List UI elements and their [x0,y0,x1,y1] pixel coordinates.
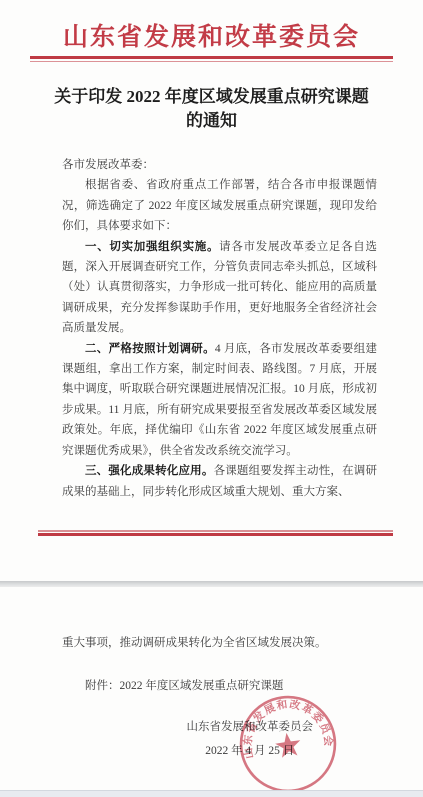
header-rule-thin-line [30,61,393,62]
body-paragraph: 三、强化成果转化应用。各课题组要发挥主动性，在调研成果的基础上，同步转化形成区域… [62,461,377,502]
header-rule-thick-line [30,56,393,59]
header-rule [30,56,393,62]
body-paragraph: 根据省委、省政府重点工作部署，结合各市申报课题情况，筛选确定了 2022 年度区… [62,175,377,236]
viewport-bottom-band [0,790,423,797]
paragraph-text: 根据省委、省政府重点工作部署，结合各市申报课题情况，筛选确定了 2022 年度区… [62,179,377,232]
paragraph-lead: 一、切实加强组织实施。 [85,241,219,253]
page-1: 山东省发展和改革委员会 关于印发 2022 年度区域发展重点研究课题 的通知 各… [0,0,423,581]
agency-header: 山东省发展和改革委员会 [0,17,423,53]
continuation-line: 重大事项，推动调研成果转化为全省区域发展决策。 [62,634,377,650]
document-title-line1: 关于印发 2022 年度区域发展重点研究课题 [0,85,423,109]
salutation: 各市发展改革委： [62,155,377,175]
document-scan: 山东省发展和改革委员会 关于印发 2022 年度区域发展重点研究课题 的通知 各… [0,0,423,797]
page-2: 重大事项，推动调研成果转化为全省区域发展决策。 附件：2022 年度区域发展重点… [0,587,423,790]
page1-footer-rule [38,530,393,536]
document-body: 各市发展改革委： 根据省委、省政府重点工作部署，结合各市申报课题情况，筛选确定了… [62,155,377,502]
footer-rule-thin-line [38,530,393,532]
footer-rule-thick-line [38,533,393,536]
official-seal: 山东省发展和改革委员会 [230,686,345,797]
document-title-line2: 的通知 [0,109,423,133]
body-paragraph: 二、严格按照计划调研。4 月底，各市发展改革委要组建课题组，拿出工作方案，制定时… [62,339,377,461]
document-title: 关于印发 2022 年度区域发展重点研究课题 的通知 [0,85,423,133]
paragraph-lead: 三、强化成果转化应用。 [85,465,214,477]
body-paragraph: 一、切实加强组织实施。请各市发展改革委立足各自选题，深入开展调查研究工作，分管负… [62,237,377,339]
paragraph-text: 4 月底，各市发展改革委要组建课题组，拿出工作方案，制定时间表、路线图。7 月底… [62,343,377,457]
attachment-line: 附件：2022 年度区域发展重点研究课题 [85,677,283,693]
paragraph-text: 请各市发展改革委立足各自选题，深入开展调查研究工作，分管负责同志牵头抓总，区域科… [62,241,377,335]
seal-star-icon [274,731,302,758]
paragraph-lead: 二、严格按照计划调研。 [85,343,215,355]
